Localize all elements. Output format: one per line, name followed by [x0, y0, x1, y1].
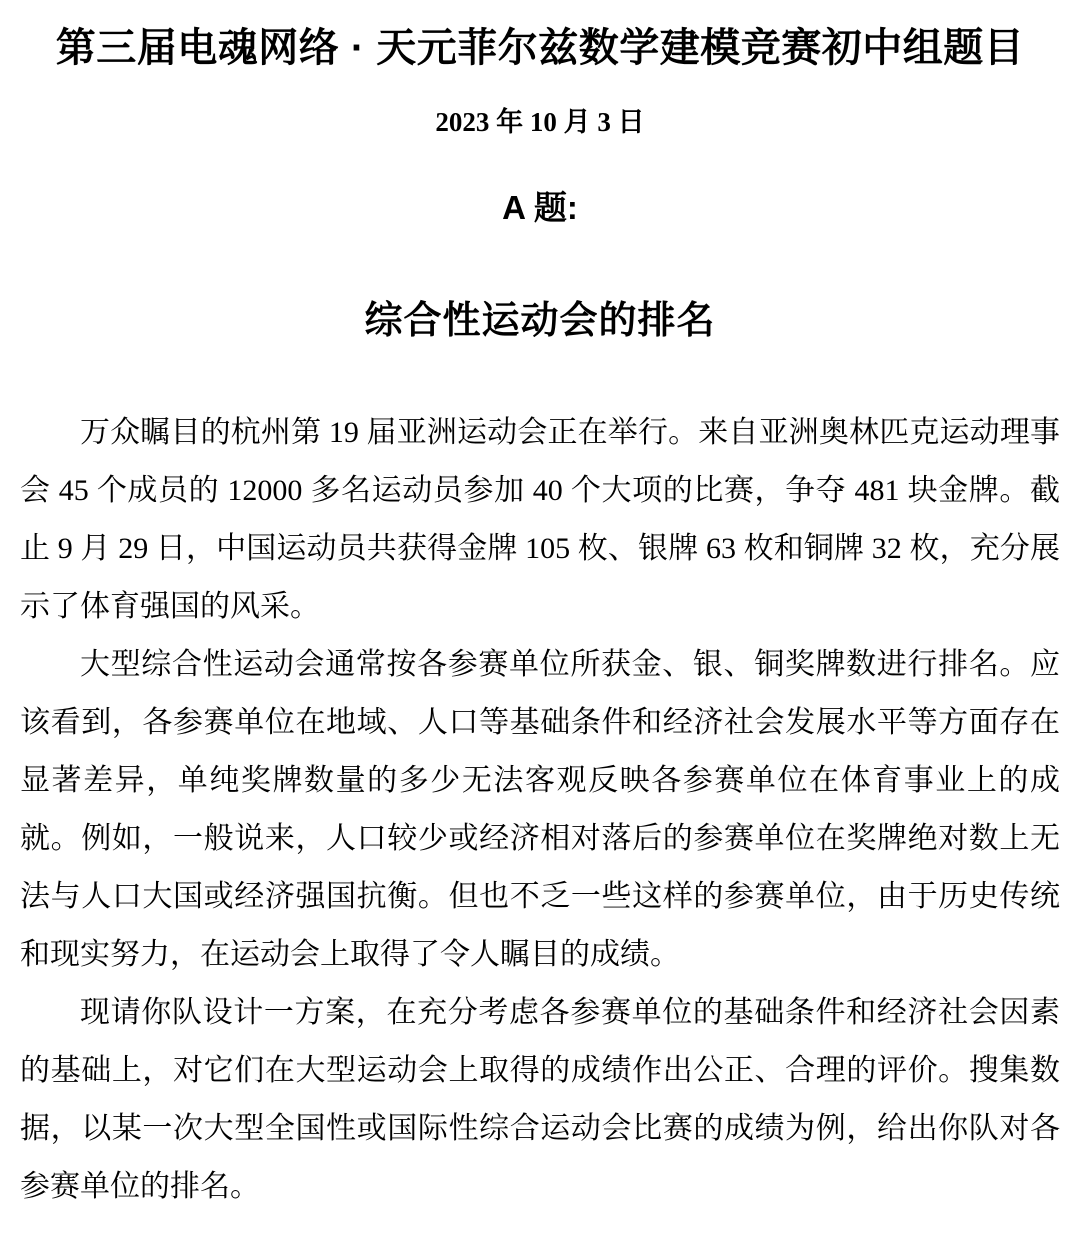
problem-label: A 题: [20, 188, 1060, 228]
document-title: 第三届电魂网络 · 天元菲尔兹数学建模竞赛初中组题目 [20, 24, 1060, 72]
document-page: 第三届电魂网络 · 天元菲尔兹数学建模竞赛初中组题目 2023 年 10 月 3… [0, 0, 1080, 1238]
document-date: 2023 年 10 月 3 日 [20, 106, 1060, 138]
paragraph-1: 万众瞩目的杭州第 19 届亚洲运动会正在举行。来自亚洲奥林匹克运动理事会 45 … [20, 404, 1060, 636]
paragraph-2: 大型综合性运动会通常按各参赛单位所获金、银、铜奖牌数进行排名。应该看到，各参赛单… [20, 636, 1060, 984]
paragraph-3: 现请你队设计一方案，在充分考虑各参赛单位的基础条件和经济社会因素的基础上，对它们… [20, 984, 1060, 1216]
problem-title: 综合性运动会的排名 [20, 298, 1060, 344]
document-body: 万众瞩目的杭州第 19 届亚洲运动会正在举行。来自亚洲奥林匹克运动理事会 45 … [20, 404, 1060, 1216]
